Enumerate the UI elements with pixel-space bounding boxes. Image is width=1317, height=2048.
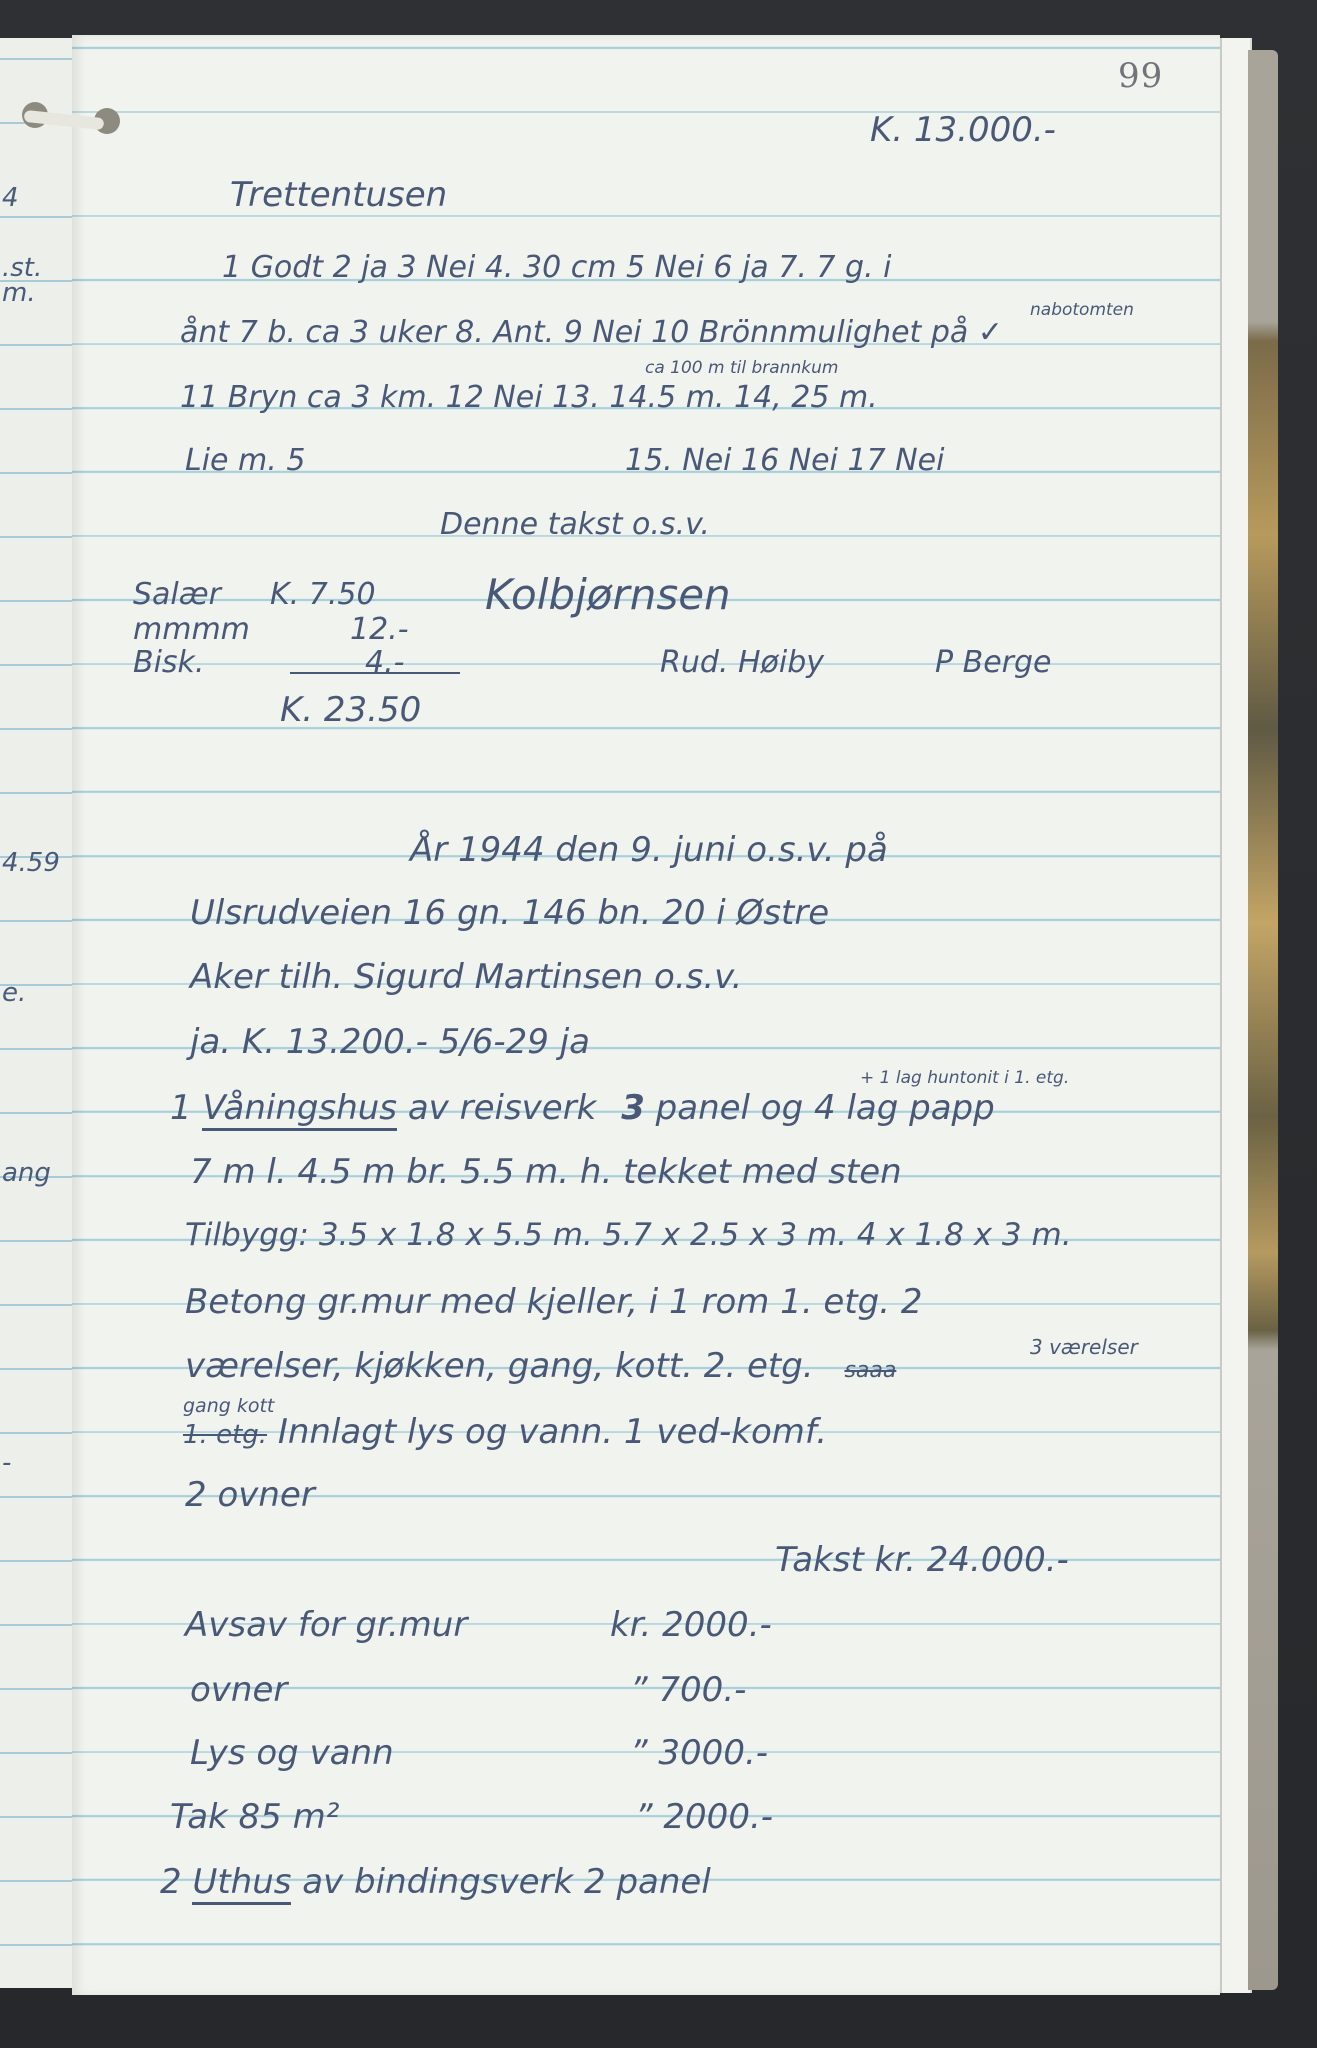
entry2-line10: 1. etg. Innlagt lys og vann. 1 ved-komf.	[183, 1412, 827, 1452]
entry2-line8: Betong gr.mur med kjeller, i 1 rom 1. et…	[185, 1282, 923, 1322]
line9-text: værelser, kjøkken, gang, kott. 2. etg.	[185, 1346, 814, 1386]
page-number: 99	[1118, 56, 1163, 96]
deduction-amount: ” 3000.-	[630, 1733, 768, 1773]
entry2-line1: År 1944 den 9. juni o.s.v. på	[410, 830, 888, 870]
left-fragment: ang	[2, 1158, 51, 1188]
left-facing-page: 4 .st. m. 4.59 e. ang -	[0, 38, 74, 1988]
left-fragment: 4	[2, 183, 19, 213]
deduction-label: Lys og vann	[190, 1733, 394, 1773]
fee-label: Salær	[133, 577, 221, 612]
signature-berge: P Berge	[935, 645, 1052, 680]
line5-rest: av reisverk	[408, 1088, 597, 1128]
entry2-line3: Aker tilh. Sigurd Martinsen o.s.v.	[190, 957, 742, 997]
last-line-uthus: Uthus	[192, 1862, 291, 1905]
last-line-rest: av bindingsverk 2 panel	[302, 1862, 711, 1902]
fees-total: K. 23.50	[280, 690, 421, 730]
entry1-answers-line4-left: Lie m. 5	[185, 443, 305, 478]
annotation-huntonit: + 1 lag huntonit i 1. etg.	[860, 1068, 1069, 1088]
entry1-answers-line3: 11 Bryn ca 3 km. 12 Nei 13. 14.5 m. 14, …	[180, 380, 878, 415]
entry2-line2: Ulsrudveien 16 gn. 146 bn. 20 i Østre	[190, 893, 829, 933]
annotation-nabotomten: nabotomten	[1030, 300, 1134, 320]
annotation-brannkum: ca 100 m til brannkum	[645, 358, 838, 378]
marbled-book-spine	[1248, 50, 1278, 1990]
sum-rule	[290, 672, 460, 674]
line10-struck: 1. etg.	[183, 1420, 267, 1450]
entry1-name: Trettentusen	[230, 175, 447, 215]
entry2-line4: ja. K. 13.200.- 5/6-29 ja	[190, 1022, 590, 1062]
line10-text: Innlagt lys og vann. 1 ved-komf.	[278, 1412, 827, 1452]
fee-amount: 4.-	[365, 645, 404, 680]
signature-hoiby: Rud. Høiby	[660, 645, 824, 680]
entry1-answers-line2: ånt 7 b. ca 3 uker 8. Ant. 9 Nei 10 Brön…	[180, 315, 1003, 350]
entry1-closing: Denne takst o.s.v.	[440, 507, 710, 542]
deduction-amount: kr. 2000.-	[610, 1605, 772, 1645]
entry1-amount-header: K. 13.000.-	[870, 110, 1056, 150]
entry2-line5: 1 Våningshus av reisverk 3 panel og 4 la…	[170, 1088, 995, 1128]
last-line-prefix: 2	[160, 1862, 182, 1902]
fee-label: mmmm	[133, 612, 250, 647]
deduction-label: Avsav for gr.mur	[185, 1605, 467, 1645]
fee-label: Bisk.	[133, 645, 204, 680]
deduction-amount: ” 2000.-	[635, 1797, 773, 1837]
deduction-amount: ” 700.-	[630, 1670, 746, 1710]
entry2-line9: værelser, kjøkken, gang, kott. 2. etg. s…	[185, 1346, 896, 1386]
left-fragment: e.	[2, 978, 26, 1008]
signature-kolbjornsen: Kolbjørnsen	[485, 570, 731, 619]
entry2-last-line: 2 Uthus av bindingsverk 2 panel	[160, 1862, 711, 1902]
line5-end: panel og 4 lag papp	[656, 1088, 995, 1128]
deduction-label: Tak 85 m²	[170, 1797, 339, 1837]
entry2-line11: 2 ovner	[185, 1475, 315, 1515]
line5-digit: 3	[621, 1088, 645, 1128]
entry2-line7: Tilbygg: 3.5 x 1.8 x 5.5 m. 5.7 x 2.5 x …	[185, 1217, 1072, 1253]
fee-amount: 12.-	[350, 612, 409, 647]
line5-vaningshus: Våningshus	[202, 1088, 397, 1131]
fee-amount: K. 7.50	[270, 577, 376, 612]
line9-struck: saaa	[844, 1358, 896, 1383]
annotation-3-vaerelser: 3 værelser	[1030, 1335, 1138, 1359]
takst-total: Takst kr. 24.000.-	[775, 1540, 1069, 1580]
deduction-label: ovner	[190, 1670, 287, 1710]
entry1-answers-line4-right: 15. Nei 16 Nei 17 Nei	[625, 443, 944, 478]
left-fragment: m.	[2, 278, 36, 308]
left-fragment: 4.59	[2, 848, 60, 878]
left-fragment: -	[2, 1448, 11, 1478]
line5-prefix: 1	[170, 1088, 192, 1128]
entry1-answers-line1: 1 Godt 2 ja 3 Nei 4. 30 cm 5 Nei 6 ja 7.…	[222, 250, 891, 285]
entry2-line6: 7 m l. 4.5 m br. 5.5 m. h. tekket med st…	[190, 1152, 902, 1192]
